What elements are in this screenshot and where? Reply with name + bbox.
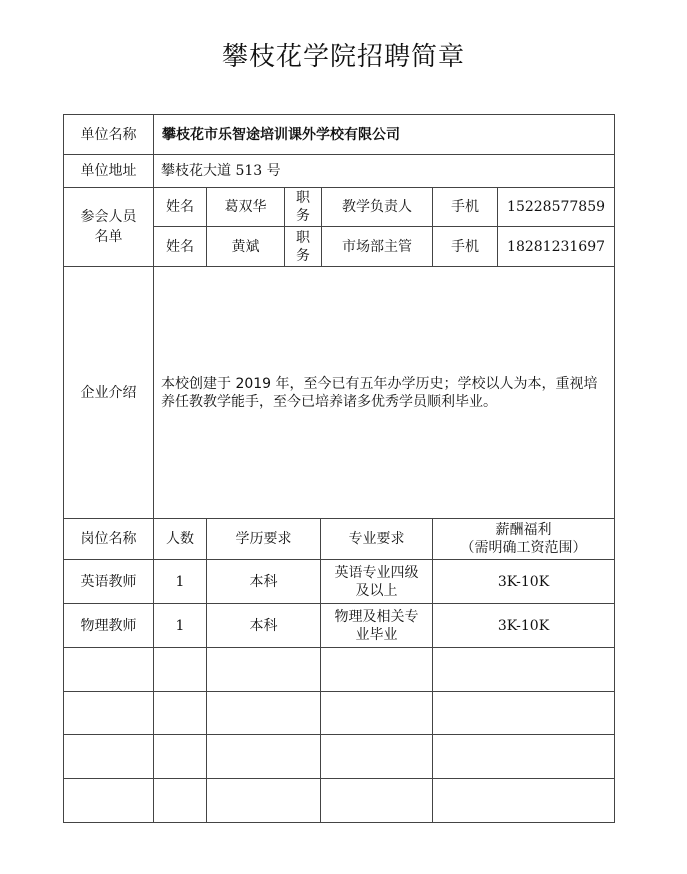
intro-text: 本校创建于 2019 年，至今已有五年办学历史；学校以人为本，重视培养任教教学能… bbox=[154, 267, 615, 519]
attendee-row: 参会人员名单 姓名 葛双华 职务 教学负责人 手机 15228577859 bbox=[64, 188, 615, 227]
unit-address-row: 单位地址 攀枝花大道 513 号 bbox=[64, 155, 615, 188]
empty-cell bbox=[321, 779, 433, 823]
unit-address-value: 攀枝花大道 513 号 bbox=[154, 155, 615, 188]
job-salary: 3K-10K bbox=[433, 560, 615, 604]
empty-cell bbox=[433, 692, 615, 735]
page-title: 攀枝花学院招聘简章 bbox=[0, 36, 687, 73]
empty-cell bbox=[64, 779, 154, 823]
empty-cell bbox=[433, 648, 615, 692]
empty-cell bbox=[321, 692, 433, 735]
job-salary: 3K-10K bbox=[433, 604, 615, 648]
job-count: 1 bbox=[154, 560, 207, 604]
empty-cell bbox=[64, 648, 154, 692]
empty-cell bbox=[321, 648, 433, 692]
name-label: 姓名 bbox=[154, 227, 207, 267]
attendee-name: 葛双华 bbox=[207, 188, 285, 227]
empty-row bbox=[64, 779, 615, 823]
header-salary: 薪酬福利 （需明确工资范围） bbox=[433, 519, 615, 560]
attendees-label-text: 参会人员名单 bbox=[77, 207, 141, 247]
name-label: 姓名 bbox=[154, 188, 207, 227]
attendee-phone: 18281231697 bbox=[498, 227, 615, 267]
recruitment-table: 单位名称 攀枝花市乐智途培训课外学校有限公司 单位地址 攀枝花大道 513 号 … bbox=[63, 114, 615, 519]
position-label-text: 职务 bbox=[296, 189, 311, 225]
unit-name-label: 单位名称 bbox=[64, 115, 154, 155]
empty-cell bbox=[321, 735, 433, 779]
unit-address-label: 单位地址 bbox=[64, 155, 154, 188]
header-count: 人数 bbox=[154, 519, 207, 560]
empty-cell bbox=[433, 779, 615, 823]
attendee-name: 黄斌 bbox=[207, 227, 285, 267]
empty-cell bbox=[154, 692, 207, 735]
empty-cell bbox=[64, 692, 154, 735]
job-education: 本科 bbox=[207, 604, 321, 648]
attendee-position: 市场部主管 bbox=[322, 227, 433, 267]
job-major-text: 物理及相关专业毕业 bbox=[329, 608, 425, 644]
header-major: 专业要求 bbox=[321, 519, 433, 560]
attendee-phone: 15228577859 bbox=[498, 188, 615, 227]
job-major: 英语专业四级及以上 bbox=[321, 560, 433, 604]
empty-cell bbox=[433, 735, 615, 779]
empty-row bbox=[64, 692, 615, 735]
unit-name-row: 单位名称 攀枝花市乐智途培训课外学校有限公司 bbox=[64, 115, 615, 155]
position-label-text: 职务 bbox=[296, 229, 311, 265]
job-count: 1 bbox=[154, 604, 207, 648]
header-salary-line1: 薪酬福利 bbox=[433, 521, 614, 539]
header-salary-line2: （需明确工资范围） bbox=[433, 539, 614, 557]
empty-cell bbox=[154, 648, 207, 692]
header-education: 学历要求 bbox=[207, 519, 321, 560]
attendees-label: 参会人员名单 bbox=[64, 188, 154, 267]
jobs-table: 岗位名称 人数 学历要求 专业要求 薪酬福利 （需明确工资范围） 英语教师 1 … bbox=[63, 518, 615, 823]
jobs-header-row: 岗位名称 人数 学历要求 专业要求 薪酬福利 （需明确工资范围） bbox=[64, 519, 615, 560]
job-position: 英语教师 bbox=[64, 560, 154, 604]
unit-name-value: 攀枝花市乐智途培训课外学校有限公司 bbox=[154, 115, 615, 155]
job-major-text: 英语专业四级及以上 bbox=[329, 564, 425, 600]
phone-label: 手机 bbox=[433, 227, 498, 267]
empty-row bbox=[64, 735, 615, 779]
job-row: 英语教师 1 本科 英语专业四级及以上 3K-10K bbox=[64, 560, 615, 604]
empty-cell bbox=[207, 692, 321, 735]
empty-cell bbox=[207, 735, 321, 779]
attendee-position: 教学负责人 bbox=[322, 188, 433, 227]
position-label: 职务 bbox=[285, 227, 322, 267]
header-position: 岗位名称 bbox=[64, 519, 154, 560]
intro-label: 企业介绍 bbox=[64, 267, 154, 519]
job-major: 物理及相关专业毕业 bbox=[321, 604, 433, 648]
empty-cell bbox=[207, 779, 321, 823]
empty-cell bbox=[207, 648, 321, 692]
phone-label: 手机 bbox=[433, 188, 498, 227]
intro-row: 企业介绍 本校创建于 2019 年，至今已有五年办学历史；学校以人为本，重视培养… bbox=[64, 267, 615, 519]
empty-row bbox=[64, 648, 615, 692]
empty-cell bbox=[154, 735, 207, 779]
job-education: 本科 bbox=[207, 560, 321, 604]
empty-cell bbox=[64, 735, 154, 779]
job-position: 物理教师 bbox=[64, 604, 154, 648]
job-row: 物理教师 1 本科 物理及相关专业毕业 3K-10K bbox=[64, 604, 615, 648]
position-label: 职务 bbox=[285, 188, 322, 227]
empty-cell bbox=[154, 779, 207, 823]
